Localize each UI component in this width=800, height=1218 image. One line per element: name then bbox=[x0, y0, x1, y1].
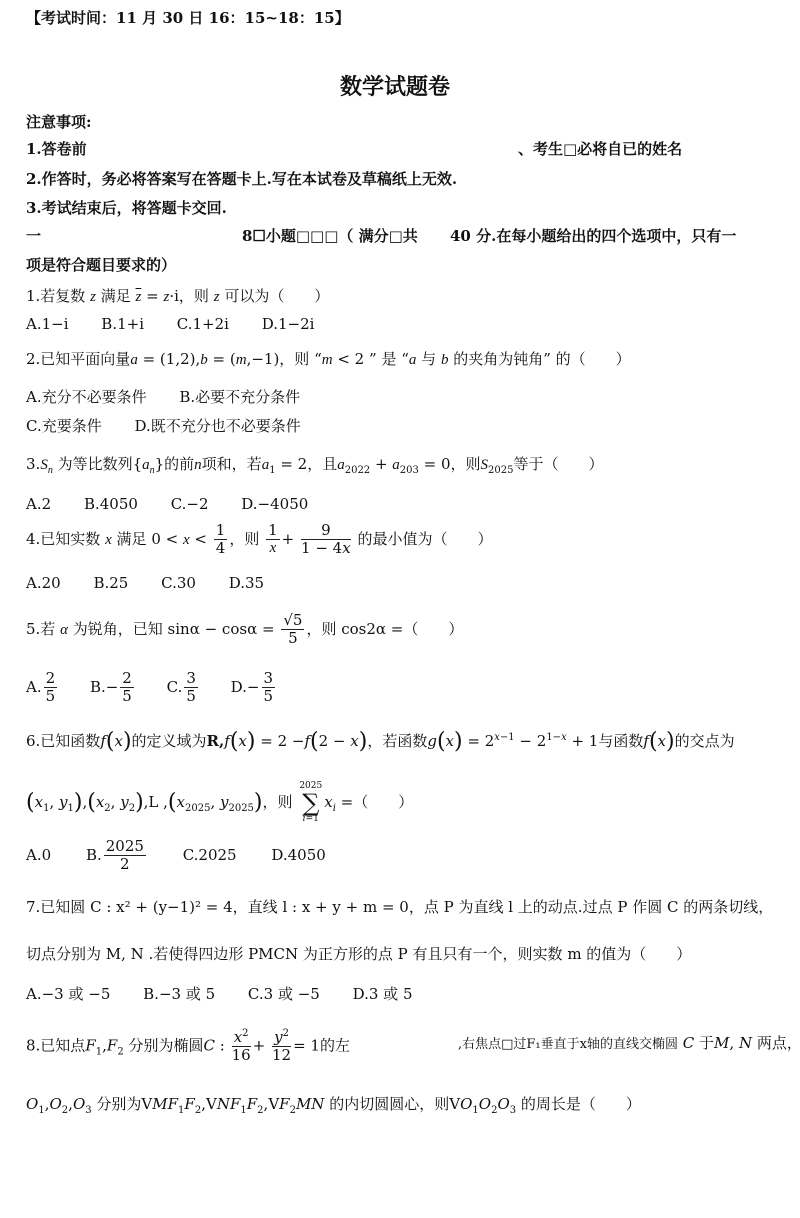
question-2-options-row1: A.充分不必要条件 B.必要不充分条件 bbox=[26, 387, 328, 407]
notes-item-1-right: 、考生□必将自已的姓名 bbox=[518, 139, 682, 159]
question-6-line1: 6.已知函数f(x)的定义域为R,f(x) = 2 −f(2 − x)，若函数g… bbox=[26, 728, 735, 752]
question-4-options: A.20 B.25 C.30 D.35 bbox=[26, 573, 292, 593]
option-a[interactable]: A.−3 或 −5 bbox=[26, 984, 110, 1004]
option-c[interactable]: C.充要条件 bbox=[26, 416, 102, 436]
exam-time: 【考试时间：11 月 30 日 16：15~18：15】 bbox=[26, 8, 350, 28]
question-7-line1: 7.已知圆 C : x² + (y−1)² = 4，直线 l : x + y +… bbox=[26, 897, 773, 917]
summation: 2025∑i=1 bbox=[299, 782, 322, 824]
notes-item-1-left: 1.答卷前 bbox=[26, 139, 87, 159]
fraction-one-over-x: 1x bbox=[266, 522, 280, 558]
option-b[interactable]: B.−25 bbox=[90, 678, 136, 696]
option-d[interactable]: D.−35 bbox=[231, 678, 277, 696]
question-4: 4.已知实数 x 满足 0 < x < 14，则 1x+ 91 − 4x 的最小… bbox=[26, 522, 492, 558]
option-a[interactable]: A.1−i bbox=[26, 314, 69, 334]
section-dash: 一 bbox=[26, 226, 41, 246]
question-6-options: A.0 B.20252 C.2025 D.4050 bbox=[26, 838, 326, 874]
option-c[interactable]: C.1+2i bbox=[177, 314, 229, 334]
option-d[interactable]: D.既不充分也不必要条件 bbox=[135, 416, 301, 436]
option-d[interactable]: D.−4050 bbox=[241, 494, 308, 514]
notes-item-3: 3.考试结束后，将答题卡交回. bbox=[26, 198, 227, 218]
option-d[interactable]: D.4050 bbox=[271, 846, 325, 864]
question-2: 2.已知平面向量a = (1,2),b = (m,−1)，则 “m < 2 ” … bbox=[26, 349, 631, 370]
option-a[interactable]: A.20 bbox=[26, 573, 61, 593]
question-8-line2: O1,O2,O3 分别为VMF1F2,VNF1F2,VF2MN 的内切圆圆心，则… bbox=[26, 1094, 641, 1121]
option-b[interactable]: B.必要不充分条件 bbox=[179, 387, 300, 407]
question-3-options: A.2 B.4050 C.−2 D.−4050 bbox=[26, 494, 336, 514]
question-7-line2: 切点分别为 M, N .若使得四边形 PMCN 为正方形的点 P 有且只有一个，… bbox=[26, 944, 691, 964]
option-c[interactable]: C.−2 bbox=[171, 494, 209, 514]
option-a[interactable]: A.25 bbox=[26, 678, 59, 696]
section-garbled: 8☐小题□□□（ 满分□共 bbox=[242, 226, 418, 246]
question-6-line2: (x1, y1),(x2, y2),L ,(x2025, y2025)，则 20… bbox=[26, 782, 413, 824]
fraction-y2-12: y212 bbox=[272, 1028, 291, 1065]
option-a[interactable]: A.0 bbox=[26, 846, 51, 864]
fraction-x2-16: x216 bbox=[232, 1028, 251, 1065]
fraction-sqrt5-over-5: √55 bbox=[281, 612, 304, 648]
option-c[interactable]: C.30 bbox=[161, 573, 196, 593]
option-c[interactable]: C.3 或 −5 bbox=[248, 984, 320, 1004]
option-a[interactable]: A.2 bbox=[26, 494, 51, 514]
notes-heading: 注意事项: bbox=[26, 112, 92, 132]
option-c[interactable]: C.35 bbox=[167, 678, 200, 696]
notes-item-2: 2.作答时，务必将答案写在答题卡上.写在本试卷及草稿纸上无效. bbox=[26, 169, 457, 189]
question-8-line1: 8.已知点F1,F2 分别为椭圆C : x216+ y212= 1的左 bbox=[26, 1028, 350, 1065]
question-5: 5.若 α 为锐角，已知 sinα − cosα = √55，则 cos2α =… bbox=[26, 612, 463, 648]
option-a[interactable]: A.充分不必要条件 bbox=[26, 387, 147, 407]
question-1-options: A.1−i B.1+i C.1+2i D.1−2i bbox=[26, 314, 342, 334]
option-d[interactable]: D.35 bbox=[229, 573, 264, 593]
question-3: 3.Sn 为等比数列{an}的前n项和，若a1 = 2，且a2022 + a20… bbox=[26, 454, 604, 481]
option-d[interactable]: D.3 或 5 bbox=[353, 984, 413, 1004]
option-c[interactable]: C.2025 bbox=[183, 846, 237, 864]
question-8-line1-right: ,右焦点□过F₁垂直于x轴的直线交椭圆 C 于M, N 两点， bbox=[458, 1033, 800, 1055]
option-b[interactable]: B.1+i bbox=[101, 314, 144, 334]
fraction-nine-over: 91 − 4x bbox=[301, 522, 351, 558]
option-b[interactable]: B.25 bbox=[93, 573, 128, 593]
section-instructions: 40 分.在每小题给出的四个选项中，只有一 bbox=[450, 226, 736, 246]
question-7-options: A.−3 或 −5 B.−3 或 5 C.3 或 −5 D.3 或 5 bbox=[26, 984, 441, 1004]
question-5-options: A.25 B.−25 C.35 D.−35 bbox=[26, 670, 277, 706]
option-b[interactable]: B.−3 或 5 bbox=[143, 984, 215, 1004]
question-1: 1.若复数 z 满足 z = z·i，则 z 可以为（ ） bbox=[26, 286, 329, 307]
option-d[interactable]: D.1−2i bbox=[262, 314, 315, 334]
option-b[interactable]: B.20252 bbox=[86, 846, 148, 864]
question-2-options-row2: C.充要条件 D.既不充分也不必要条件 bbox=[26, 416, 329, 436]
fraction-one-quarter: 14 bbox=[214, 522, 228, 558]
option-b[interactable]: B.4050 bbox=[84, 494, 138, 514]
section-instructions-line2: 项是符合题目要求的） bbox=[26, 255, 176, 275]
page-title: 数学试题卷 bbox=[340, 70, 450, 101]
